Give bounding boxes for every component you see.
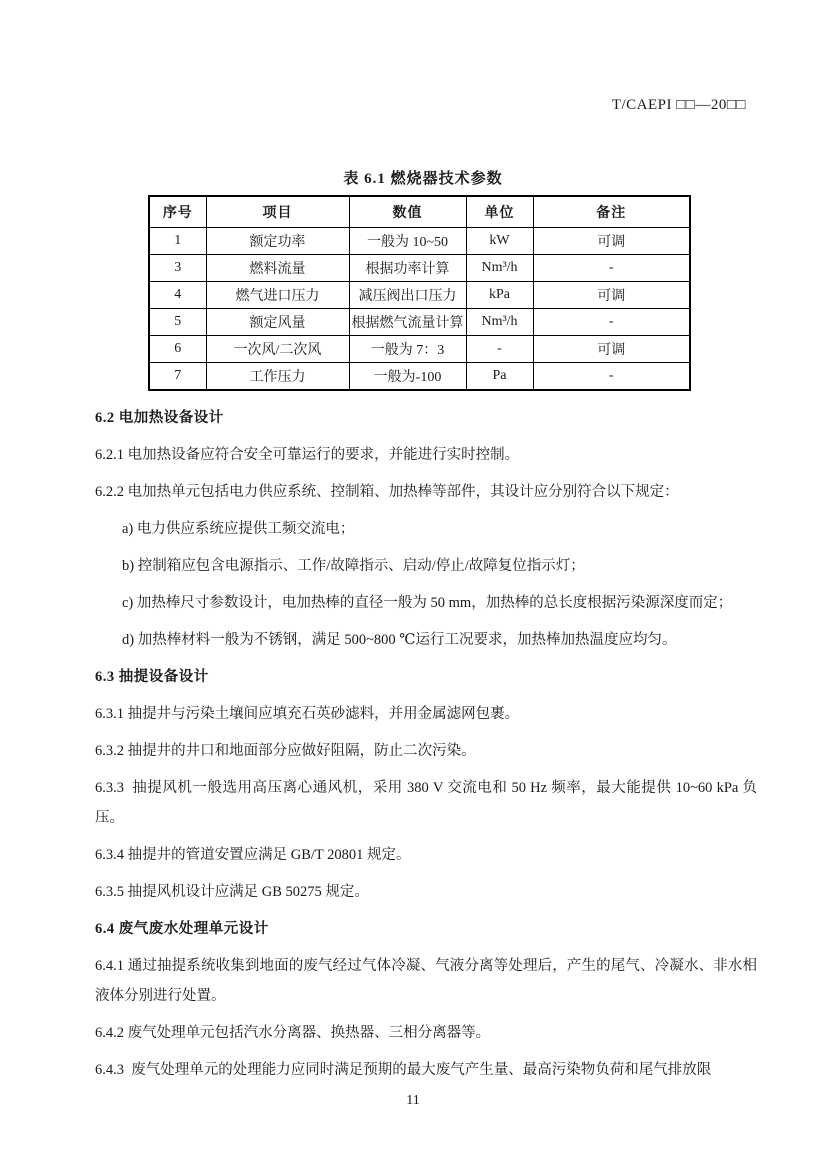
table-cell: kW (466, 228, 533, 255)
section-heading-6-2: 6.2 电加热设备设计 (95, 403, 757, 433)
table-cell: 可调 (533, 282, 690, 309)
table-cell: - (533, 255, 690, 282)
paragraph-6-4-1: 6.4.1 通过抽提系统收集到地面的废气经过气体冷凝、气液分离等处理后，产生的尾… (95, 951, 757, 1011)
table-cell: 6 (149, 336, 206, 363)
paragraph-6-2-1: 6.2.1 电加热设备应符合安全可靠运行的要求，并能进行实时控制。 (95, 440, 757, 470)
list-item-b: b) 控制箱应包含电源指示、工作/故障指示、启动/停止/故障复位指示灯； (122, 551, 757, 581)
table-cell: 一般为 10~50 (349, 228, 466, 255)
table-cell: 减压阀出口压力 (349, 282, 466, 309)
table-cell: 燃料流量 (206, 255, 349, 282)
table-caption: 表 6.1 燃烧器技术参数 (95, 167, 751, 188)
table-cell: 可调 (533, 336, 690, 363)
paragraph-6-3-5: 6.3.5 抽提风机设计应满足 GB 50275 规定。 (95, 877, 757, 907)
paragraph-6-4-3: 6.4.3 废气处理单元的处理能力应同时满足预期的最大废气产生量、最高污染物负荷… (95, 1055, 757, 1085)
table-cell: 7 (149, 363, 206, 391)
table-header-cell: 单位 (466, 196, 533, 228)
paragraph-6-3-2: 6.3.2 抽提井的井口和地面部分应做好阻隔，防止二次污染。 (95, 736, 757, 766)
table-cell: Nm³/h (466, 309, 533, 336)
document-page: T/CAEPI □□—20□□ 表 6.1 燃烧器技术参数 序号 项目 数值 单… (0, 0, 826, 1169)
table-header-cell: 项目 (206, 196, 349, 228)
table-cell: - (466, 336, 533, 363)
table-cell: - (533, 363, 690, 391)
paragraph-6-3-3: 6.3.3 抽提风机一般选用高压离心通风机，采用 380 V 交流电和 50 H… (95, 773, 757, 833)
page-number: 11 (0, 1093, 826, 1109)
table-cell: 4 (149, 282, 206, 309)
page-content: 表 6.1 燃烧器技术参数 序号 项目 数值 单位 备注 (95, 167, 757, 1092)
table-cell: 一般为-100 (349, 363, 466, 391)
table-row: 3 燃料流量 根据功率计算 Nm³/h - (149, 255, 690, 282)
paragraph-6-4-2: 6.4.2 废气处理单元包括汽水分离器、换热器、三相分离器等。 (95, 1018, 757, 1048)
table-cell: 额定风量 (206, 309, 349, 336)
table-cell: 燃气进口压力 (206, 282, 349, 309)
table-cell: 3 (149, 255, 206, 282)
table-cell: 根据燃气流量计算 (349, 309, 466, 336)
section-heading-6-4: 6.4 废气废水处理单元设计 (95, 914, 757, 944)
table-row: 7 工作压力 一般为-100 Pa - (149, 363, 690, 391)
table-cell: 1 (149, 228, 206, 255)
table-cell: 可调 (533, 228, 690, 255)
table-header-row: 序号 项目 数值 单位 备注 (149, 196, 690, 228)
table-cell: Pa (466, 363, 533, 391)
list-item-d: d) 加热棒材料一般为不锈钢，满足 500~800 ℃运行工况要求，加热棒加热温… (122, 625, 757, 655)
list-item-a: a) 电力供应系统应提供工频交流电； (122, 514, 757, 544)
table-header-cell: 备注 (533, 196, 690, 228)
standard-number: T/CAEPI □□—20□□ (612, 97, 746, 114)
table-cell: 一次风/二次风 (206, 336, 349, 363)
table-cell: - (533, 309, 690, 336)
table-cell: 额定功率 (206, 228, 349, 255)
table-cell: 5 (149, 309, 206, 336)
table-cell: 根据功率计算 (349, 255, 466, 282)
burner-parameters-table: 序号 项目 数值 单位 备注 1 额定功率 一般为 10~50 kW 可调 3 (148, 195, 691, 391)
section-heading-6-3: 6.3 抽提设备设计 (95, 662, 757, 692)
table-cell: kPa (466, 282, 533, 309)
paragraph-6-3-1: 6.3.1 抽提井与污染土壤间应填充石英砂滤料，并用金属滤网包裹。 (95, 699, 757, 729)
paragraph-6-2-2: 6.2.2 电加热单元包括电力供应系统、控制箱、加热棒等部件，其设计应分别符合以… (95, 477, 757, 507)
body-text: 6.2 电加热设备设计 6.2.1 电加热设备应符合安全可靠运行的要求，并能进行… (95, 403, 757, 1085)
table-row: 6 一次风/二次风 一般为 7：3 - 可调 (149, 336, 690, 363)
list-item-c: c) 加热棒尺寸参数设计，电加热棒的直径一般为 50 mm，加热棒的总长度根据污… (122, 588, 757, 618)
table-cell: Nm³/h (466, 255, 533, 282)
table-row: 4 燃气进口压力 减压阀出口压力 kPa 可调 (149, 282, 690, 309)
table-cell: 一般为 7：3 (349, 336, 466, 363)
table-row: 5 额定风量 根据燃气流量计算 Nm³/h - (149, 309, 690, 336)
table-header-cell: 数值 (349, 196, 466, 228)
table-header-cell: 序号 (149, 196, 206, 228)
table-row: 1 额定功率 一般为 10~50 kW 可调 (149, 228, 690, 255)
table-cell: 工作压力 (206, 363, 349, 391)
paragraph-6-3-4: 6.3.4 抽提井的管道安置应满足 GB/T 20801 规定。 (95, 840, 757, 870)
